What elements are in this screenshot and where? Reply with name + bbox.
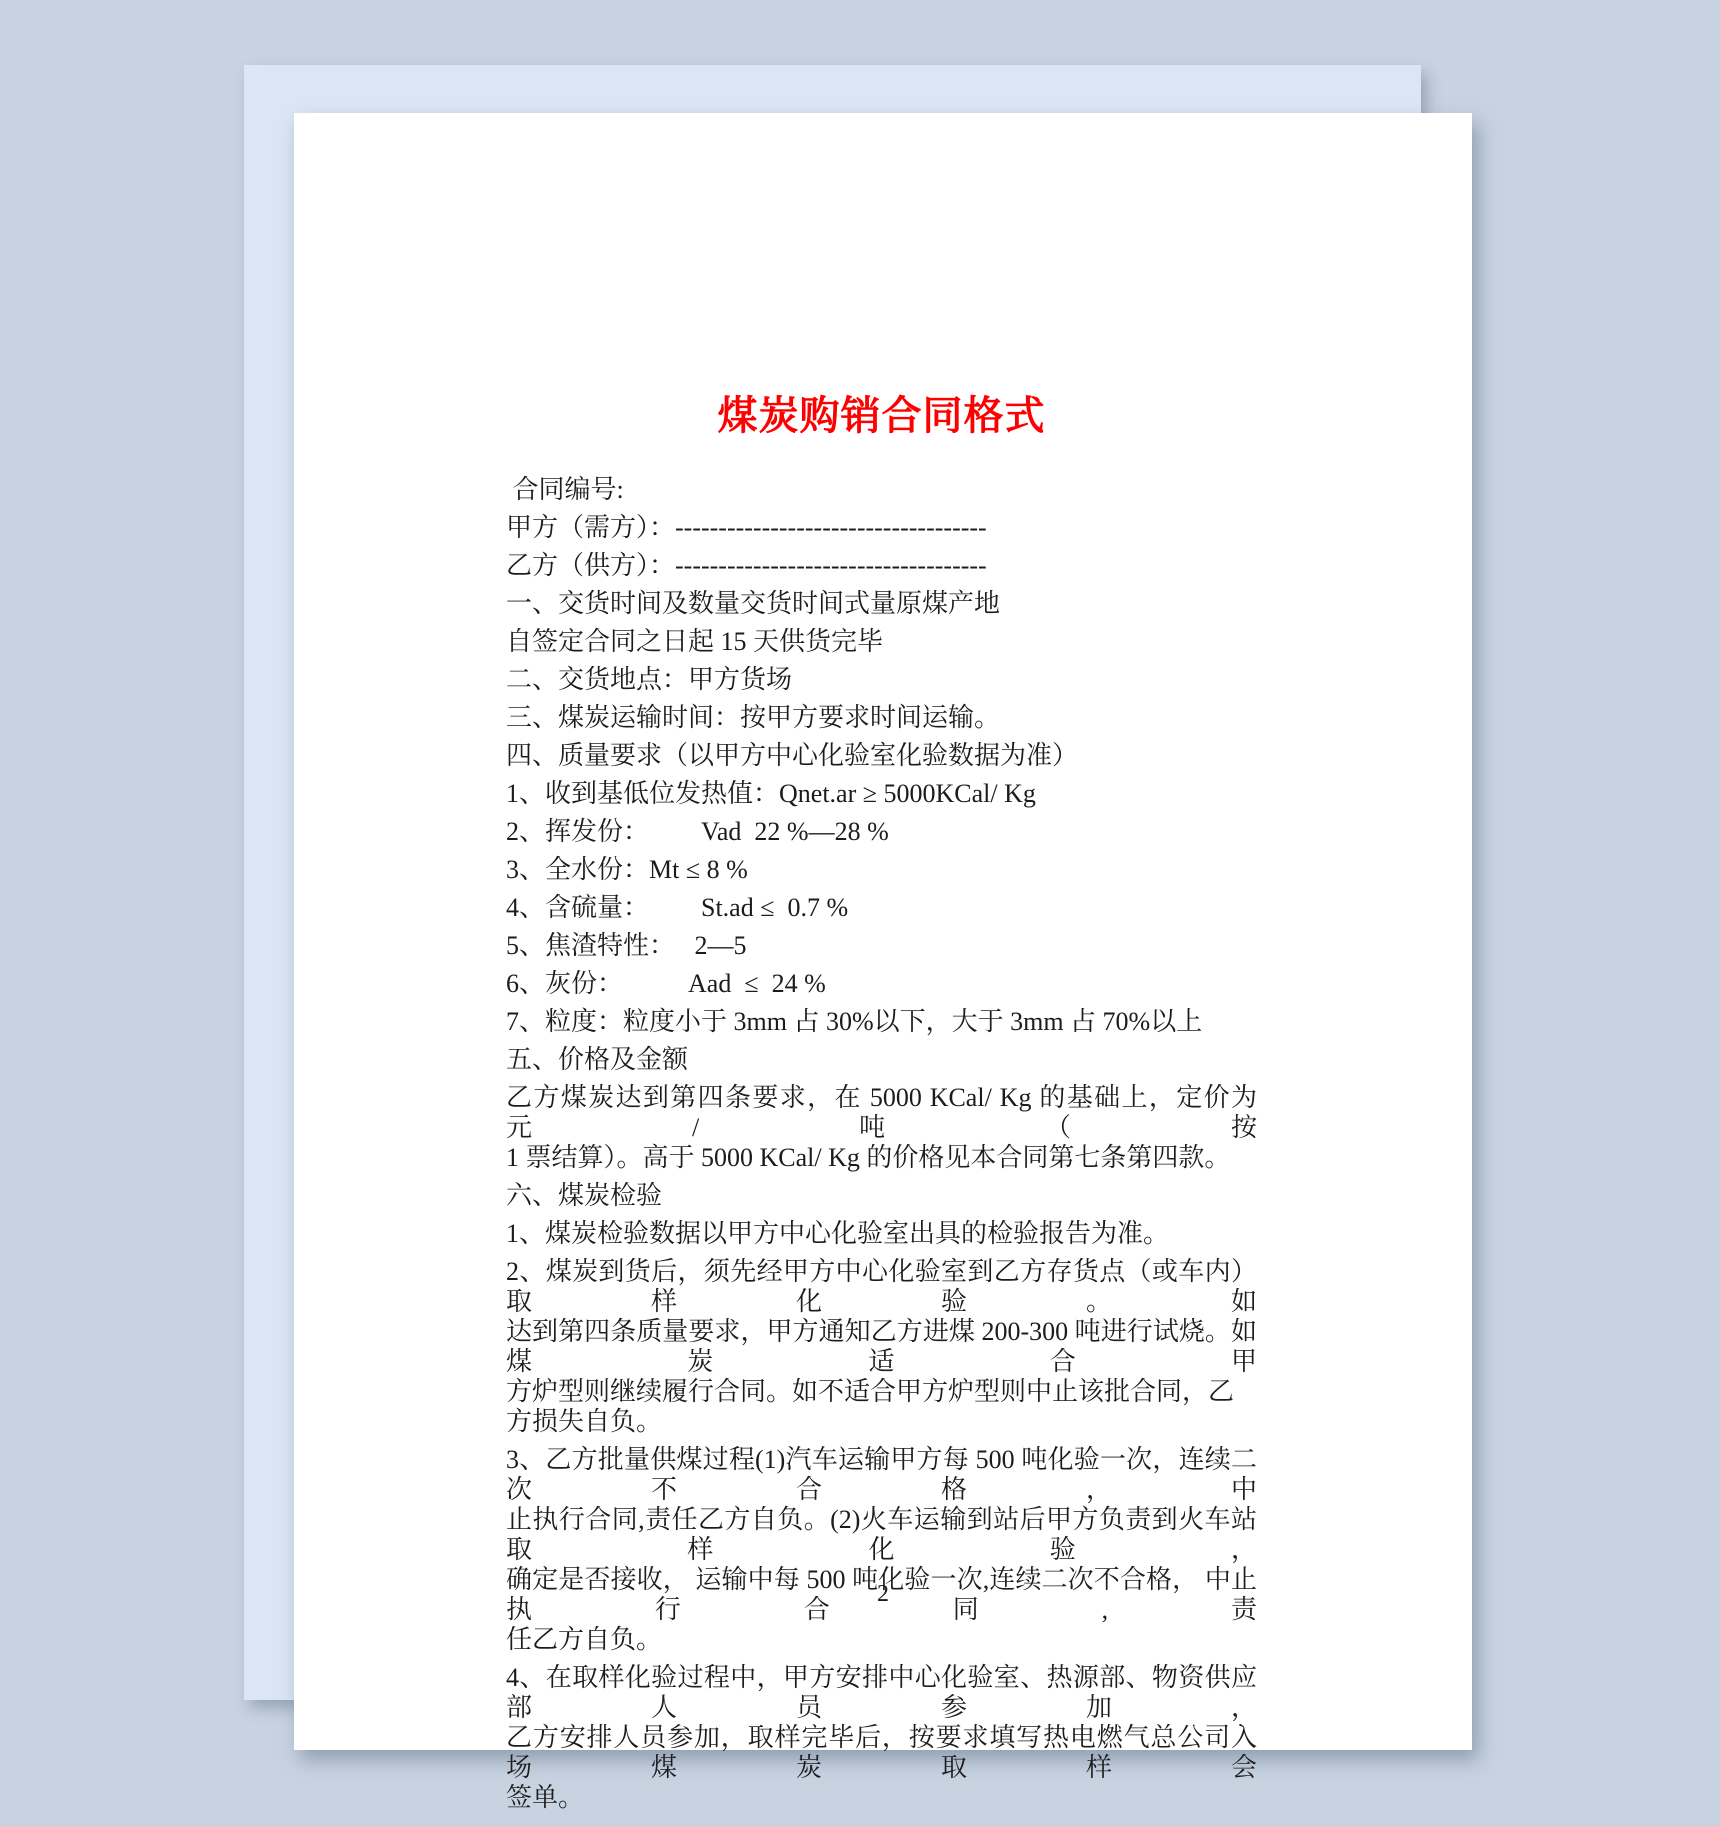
paragraph: 4、含硫量： St.ad ≤ 0.7 % [506,893,1257,923]
paragraph-line: 二、交货地点：甲方货场 [506,665,1257,695]
document-title: 煤炭购销合同格式 [506,393,1257,439]
paragraph: 6、灰份： Aad ≤ 24 % [506,969,1257,999]
paragraph: 7、粒度：粒度小于 3mm 占 30%以下，大于 3mm 占 70%以上 [506,1007,1257,1037]
paragraph: 五、价格及金额 [506,1045,1257,1075]
paragraph: 5、焦渣特性： 2—5 [506,931,1257,961]
paragraph-line: 5、焦渣特性： 2—5 [506,931,1257,961]
paragraph: 甲方（需方）：---------------------------------… [506,513,1257,543]
paragraph: 3、全水份：Mt ≤ 8 % [506,855,1257,885]
paragraph-line: 乙方煤炭达到第四条要求，在 5000 KCal/ Kg 的基础上，定价为 元/吨… [506,1083,1257,1143]
paragraph-line: 方炉型则继续履行合同。如不适合甲方炉型则中止该批合同，乙方损失自负。 [506,1377,1257,1437]
paragraph-line: 1、煤炭检验数据以甲方中心化验室出具的检验报告为准。 [506,1219,1257,1249]
paragraph: 三、煤炭运输时间：按甲方要求时间运输。 [506,703,1257,733]
paragraph-line: 2、挥发份： Vad 22 %—28 % [506,817,1257,847]
paragraph: 二、交货地点：甲方货场 [506,665,1257,695]
paragraph: 3、乙方批量供煤过程(1)汽车运输甲方每 500 吨化验一次，连续二次不合格，中… [506,1445,1257,1655]
paragraph-line: 2、煤炭到货后，须先经甲方中心化验室到乙方存货点（或车内）取样化验。如 [506,1257,1257,1317]
paragraph-line: 止执行合同,责任乙方自负。(2)火车运输到站后甲方负责到火车站取样化验， [506,1505,1257,1565]
paragraph: 四、质量要求（以甲方中心化验室化验数据为准） [506,741,1257,771]
paragraph-line: 3、全水份：Mt ≤ 8 % [506,855,1257,885]
paragraph: 2、挥发份： Vad 22 %—28 % [506,817,1257,847]
page-number: 2 [294,1581,1472,1608]
paragraph-line: 1 票结算）。高于 5000 KCal/ Kg 的价格见本合同第七条第四款。 [506,1143,1257,1173]
document-body: 合同编号:甲方（需方）：----------------------------… [506,475,1257,1813]
paragraph: 4、在取样化验过程中，甲方安排中心化验室、热源部、物资供应部人员参加，乙方安排人… [506,1663,1257,1813]
paragraph-line: 乙方安排人员参加，取样完毕后，按要求填写热电燃气总公司入场煤炭取样会 [506,1723,1257,1783]
paragraph: 自签定合同之日起 15 天供货完毕 [506,627,1257,657]
paragraph-line: 7、粒度：粒度小于 3mm 占 30%以下，大于 3mm 占 70%以上 [506,1007,1257,1037]
paragraph-line: 五、价格及金额 [506,1045,1257,1075]
paragraph: 乙方煤炭达到第四条要求，在 5000 KCal/ Kg 的基础上，定价为 元/吨… [506,1083,1257,1173]
paragraph-line: 4、在取样化验过程中，甲方安排中心化验室、热源部、物资供应部人员参加， [506,1663,1257,1723]
paragraph-line: 合同编号: [506,475,1257,505]
paragraph: 2、煤炭到货后，须先经甲方中心化验室到乙方存货点（或车内）取样化验。如达到第四条… [506,1257,1257,1437]
paragraph: 合同编号: [506,475,1257,505]
paragraph-line: 甲方（需方）：---------------------------------… [506,513,1257,543]
paragraph-line: 4、含硫量： St.ad ≤ 0.7 % [506,893,1257,923]
paragraph-line: 六、煤炭检验 [506,1181,1257,1211]
paragraph-line: 签单。 [506,1783,1257,1813]
paragraph: 六、煤炭检验 [506,1181,1257,1211]
paragraph-line: 任乙方自负。 [506,1625,1257,1655]
paragraph-line: 达到第四条质量要求，甲方通知乙方进煤 200-300 吨进行试烧。如煤炭适合甲 [506,1317,1257,1377]
paragraph: 1、收到基低位发热值：Qnet.ar ≥ 5000KCal/ Kg [506,779,1257,809]
paragraph: 1、煤炭检验数据以甲方中心化验室出具的检验报告为准。 [506,1219,1257,1249]
paragraph-line: 乙方（供方）：---------------------------------… [506,551,1257,581]
paragraph: 一、交货时间及数量交货时间式量原煤产地 [506,589,1257,619]
paragraph-line: 3、乙方批量供煤过程(1)汽车运输甲方每 500 吨化验一次，连续二次不合格，中 [506,1445,1257,1505]
paragraph-line: 三、煤炭运输时间：按甲方要求时间运输。 [506,703,1257,733]
paragraph-line: 自签定合同之日起 15 天供货完毕 [506,627,1257,657]
paragraph-line: 四、质量要求（以甲方中心化验室化验数据为准） [506,741,1257,771]
paragraph-line: 一、交货时间及数量交货时间式量原煤产地 [506,589,1257,619]
paragraph: 乙方（供方）：---------------------------------… [506,551,1257,581]
paragraph-line: 1、收到基低位发热值：Qnet.ar ≥ 5000KCal/ Kg [506,779,1257,809]
document-page: 煤炭购销合同格式 合同编号:甲方（需方）：-------------------… [294,113,1472,1750]
paragraph-line: 6、灰份： Aad ≤ 24 % [506,969,1257,999]
